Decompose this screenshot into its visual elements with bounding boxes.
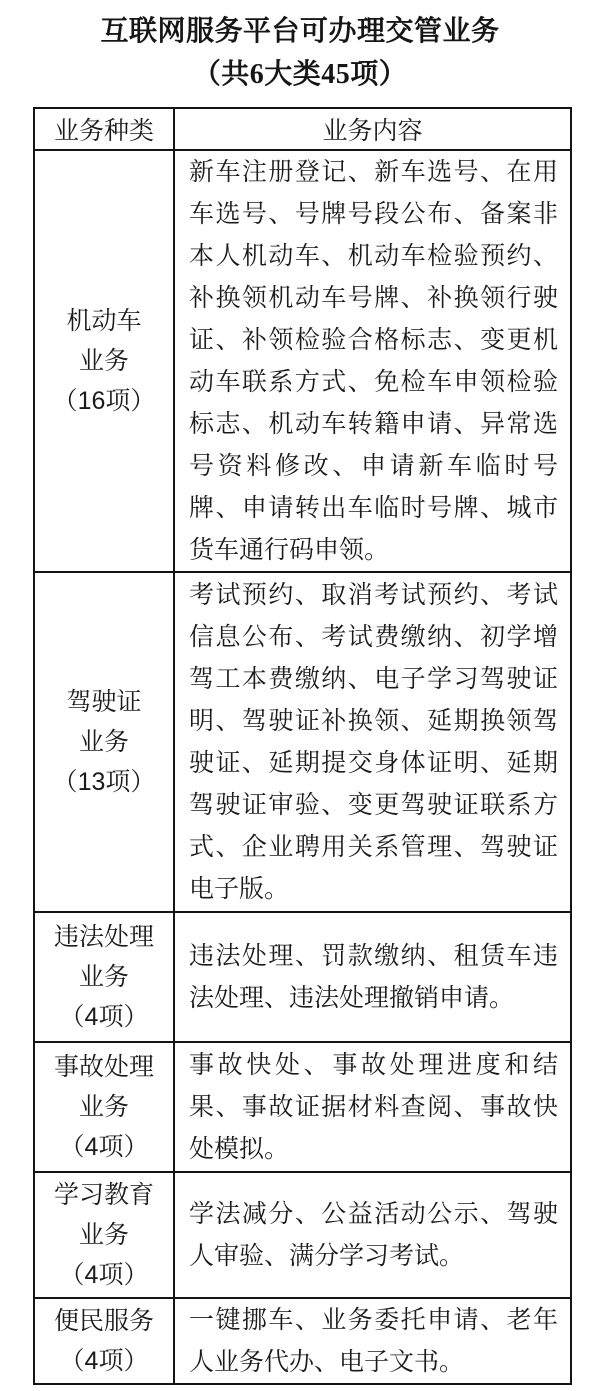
category-cell-convenience: 便民服务 （4项） — [34, 1298, 174, 1384]
column-header-content: 业务内容 — [174, 108, 571, 150]
category-cell-license: 驾驶证 业务 （13项） — [34, 572, 174, 912]
content-cell-vehicle: 新车注册登记、新车选号、在用车选号、号牌号段公布、备案非本人机动车、机动车检验预… — [174, 150, 571, 572]
table-row-license: 驾驶证 业务 （13项） 考试预约、取消考试预约、考试信息公布、考试费缴纳、初学… — [34, 572, 571, 912]
table-header-row: 业务种类 业务内容 — [34, 108, 571, 150]
page-title: 互联网服务平台可办理交管业务 — [0, 10, 600, 53]
table-row-violation: 违法处理 业务 （4项） 违法处理、罚款缴纳、租赁车违法处理、违法处理撤销申请。 — [34, 912, 571, 1042]
category-cell-education: 学习教育 业务 （4项） — [34, 1172, 174, 1298]
table-row-convenience: 便民服务 （4项） 一键挪车、业务委托申请、老年人业务代办、电子文书。 — [34, 1298, 571, 1384]
services-table: 业务种类 业务内容 机动车 业务 （16项） 新车注册登记、新车选号、在用车选号… — [33, 107, 572, 1385]
document-page: 互联网服务平台可办理交管业务 （共6大类45项） 业务种类 业务内容 机动车 业… — [0, 0, 600, 1391]
category-cell-accident: 事故处理 业务 （4项） — [34, 1042, 174, 1172]
table-row-education: 学习教育 业务 （4项） 学法减分、公益活动公示、驾驶人审验、满分学习考试。 — [34, 1172, 571, 1298]
content-cell-accident: 事故快处、事故处理进度和结果、事故证据材料查阅、事故快处模拟。 — [174, 1042, 571, 1172]
column-header-category: 业务种类 — [34, 108, 174, 150]
content-cell-convenience: 一键挪车、业务委托申请、老年人业务代办、电子文书。 — [174, 1298, 571, 1384]
table-row-vehicle: 机动车 业务 （16项） 新车注册登记、新车选号、在用车选号、号牌号段公布、备案… — [34, 150, 571, 572]
category-cell-vehicle: 机动车 业务 （16项） — [34, 150, 174, 572]
content-cell-education: 学法减分、公益活动公示、驾驶人审验、满分学习考试。 — [174, 1172, 571, 1298]
page-subtitle: （共6大类45项） — [0, 53, 600, 96]
category-cell-violation: 违法处理 业务 （4项） — [34, 912, 174, 1042]
table-row-accident: 事故处理 业务 （4项） 事故快处、事故处理进度和结果、事故证据材料查阅、事故快… — [34, 1042, 571, 1172]
content-cell-violation: 违法处理、罚款缴纳、租赁车违法处理、违法处理撤销申请。 — [174, 912, 571, 1042]
content-cell-license: 考试预约、取消考试预约、考试信息公布、考试费缴纳、初学增驾工本费缴纳、电子学习驾… — [174, 572, 571, 912]
